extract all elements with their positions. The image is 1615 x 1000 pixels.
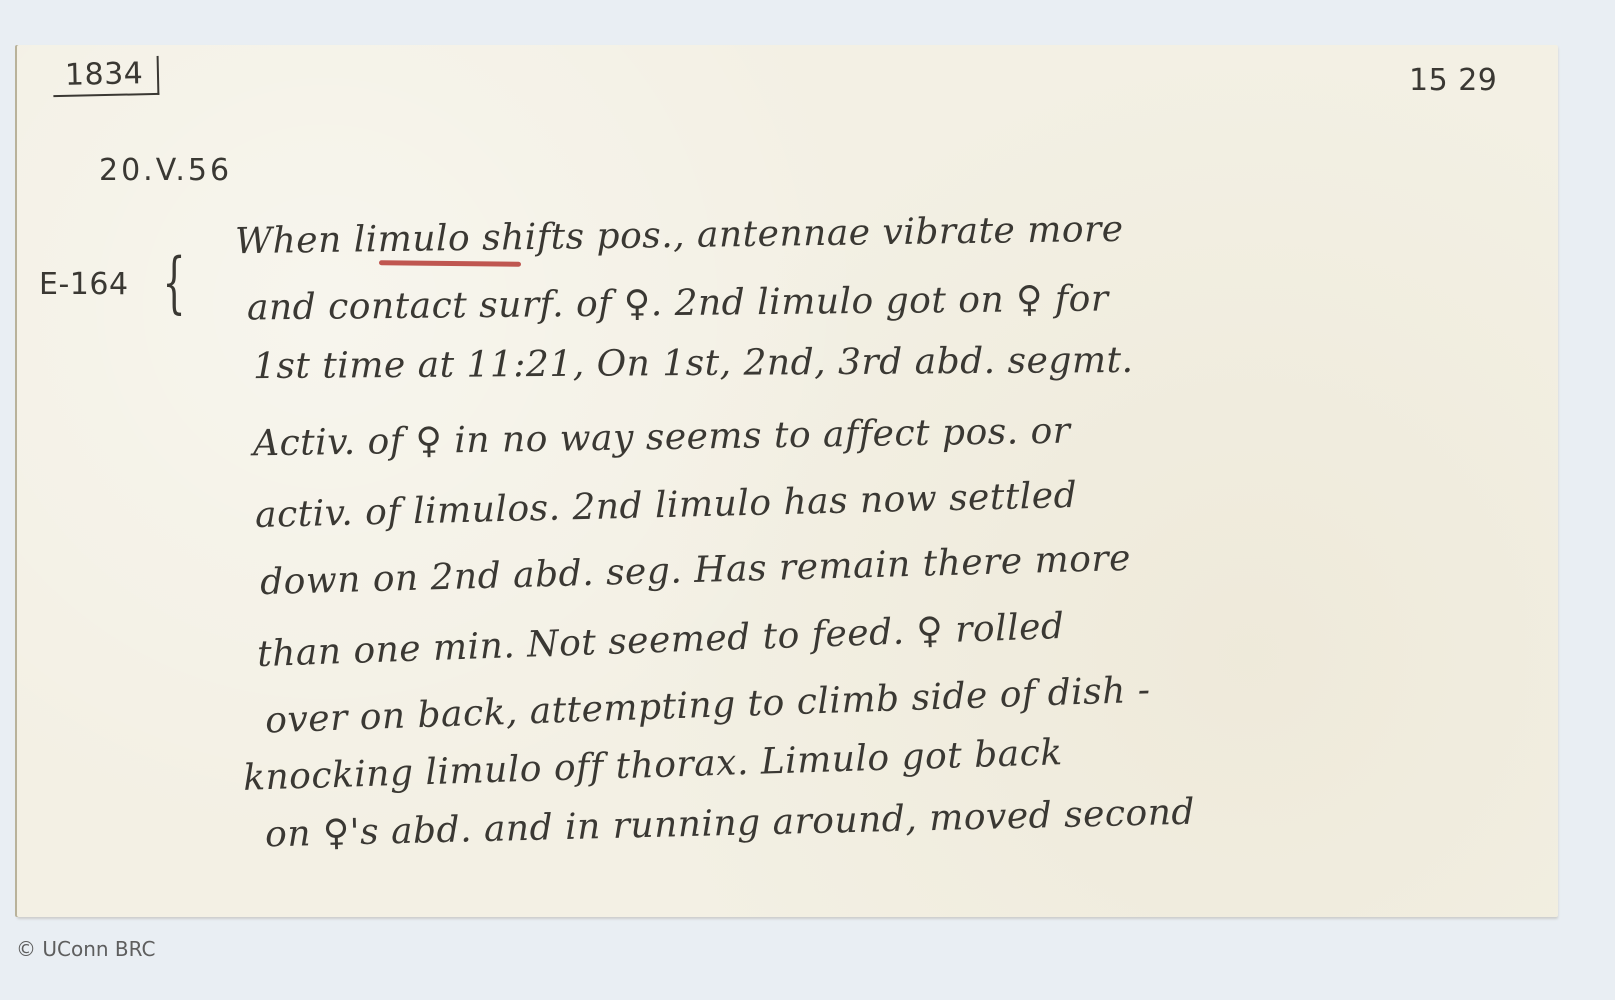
card-number: 15 29 xyxy=(1409,63,1497,98)
note-line-2: and contact surf. of ♀. 2nd limulo got o… xyxy=(247,278,1109,328)
note-line-8: over on back, attempting to climb side o… xyxy=(265,670,1152,742)
brace-icon: { xyxy=(162,250,185,316)
note-line-6: down on 2nd abd. seg. Has remain there m… xyxy=(260,538,1132,603)
copyright-notice: © UConn BRC xyxy=(16,937,156,961)
note-line-9: knocking limulo off thorax. Limulo got b… xyxy=(243,732,1064,799)
note-line-4: Activ. of ♀ in no way seems to affect po… xyxy=(253,411,1071,465)
card-id: 1834 xyxy=(53,56,160,97)
date: 20.V.56 xyxy=(99,153,232,188)
index-card: 1834 15 29 20.V.56 E-164 { When limulo s… xyxy=(17,45,1558,917)
red-underline xyxy=(379,260,521,266)
note-line-10: on ♀'s abd. and in running around, moved… xyxy=(265,792,1196,856)
note-line-3: 1st time at 11:21, On 1st, 2nd, 3rd abd.… xyxy=(253,340,1134,387)
note-line-1: When limulo shifts pos., antennae vibrat… xyxy=(235,209,1124,262)
note-line-7: than one min. Not seemed to feed. ♀ roll… xyxy=(257,606,1066,675)
experiment-label: E-164 xyxy=(39,267,129,302)
note-line-5: activ. of limulos. 2nd limulo has now se… xyxy=(255,475,1078,536)
